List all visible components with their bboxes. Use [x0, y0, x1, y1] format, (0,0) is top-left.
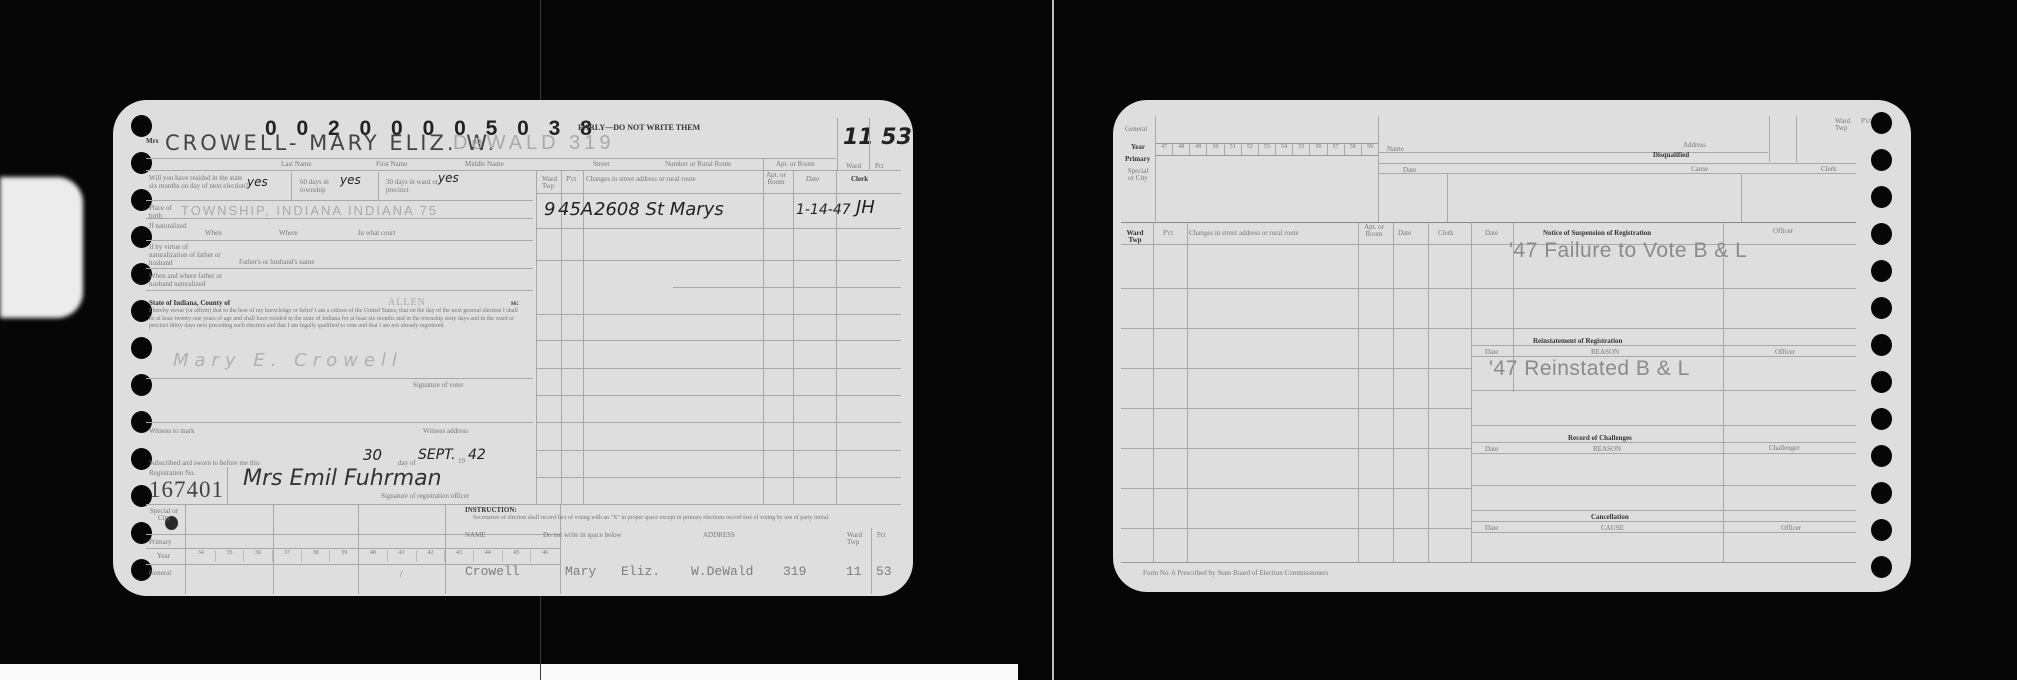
year-cell: 35 [216, 550, 245, 562]
year-cell: 51 [1225, 144, 1242, 155]
handwritten-name: CROWELL- MARY ELIZ. W. [165, 133, 497, 154]
punch-hole [1871, 223, 1892, 245]
general-mark: / [400, 570, 403, 579]
year-cell: 42 [417, 550, 446, 562]
punch-hole [1871, 260, 1892, 282]
punch-hole [1871, 556, 1892, 578]
typed-first-name: Mary [565, 565, 596, 578]
typed-last-name: Crowell [465, 565, 520, 578]
label-disqualified: Disqualified [1653, 152, 1689, 159]
typed-pct: 53 [876, 565, 892, 578]
year-cell: 56 [1310, 144, 1327, 155]
typed-address: W.DeWald [691, 565, 753, 578]
label-state-county: State of Indiana, County of [149, 300, 230, 307]
punch-hole [1871, 445, 1892, 467]
label-clerk: Clerk [1821, 166, 1837, 173]
answer-place-of-birth: TOWNSHIP, INDIANA INDIANA 75 [181, 204, 438, 217]
footer-name-label: NAME [465, 532, 486, 539]
punch-hole [1871, 408, 1892, 430]
changes-header-apt: Apt. or Room [765, 172, 787, 186]
answer-resided-ward: yes [438, 172, 459, 184]
punch-hole [131, 115, 152, 137]
reinstatement-stamp: '47 Reinstated B & L [1489, 358, 1690, 379]
changes-row: 9 45A 2608 St Marys 1-14-47 JH [536, 195, 901, 225]
challenges-title: Record of Challenges [1568, 435, 1632, 442]
changes-header-date: Date [1398, 230, 1411, 237]
label-ward-twp: Ward Twp [1835, 118, 1855, 132]
suspension-date-label: Date [1485, 230, 1498, 237]
ward-pct-handwritten: 11 53 [843, 127, 912, 149]
label-address: Address [1683, 142, 1706, 149]
punch-hole [1871, 297, 1892, 319]
reinstatement-officer-label: Officer [1775, 349, 1795, 356]
year-cell: 49 [1190, 144, 1207, 155]
form-footer: Form No. 6 Prescribed by State Board of … [1143, 570, 1328, 577]
label-middle-name: Middle Name [465, 161, 504, 168]
label-witness-mark: Witness to mark [149, 428, 195, 435]
label-fathers-name: Father's or husband's name [239, 259, 314, 266]
typed-number: 319 [783, 565, 806, 578]
challenges-reason-label: REASON [1593, 446, 1621, 453]
label-special-city: Special or City [149, 508, 179, 522]
label-naturalized: If naturalized [149, 222, 189, 230]
label-special-city: Special or City [1127, 168, 1149, 182]
title-prefix: Mrs [146, 138, 158, 145]
label-pct: P'ct [1861, 118, 1871, 125]
vote-years-grid: 47 48 49 50 51 52 53 54 55 56 57 58 59 [1156, 143, 1378, 156]
changes-header-pct: P'ct [1163, 230, 1173, 237]
registration-number: 167401 [149, 478, 224, 501]
answer-subscribed-month: SEPT. [418, 448, 456, 462]
year-cell: 40 [359, 550, 388, 562]
film-divider [1052, 0, 1054, 680]
suspension-officer-label: Officer [1773, 228, 1793, 235]
label-apt-room: Apt. or Room [776, 161, 815, 168]
year-cell: 39 [330, 550, 359, 562]
punch-hole [1871, 334, 1892, 356]
year-cell: 57 [1328, 144, 1345, 155]
label-signature-voter: Signature of voter [413, 382, 464, 389]
year-cell: 43 [445, 550, 474, 562]
changes-header-apt: Apt. or Room [1363, 224, 1385, 238]
year-cell: 37 [273, 550, 302, 562]
changes-header-ward: Ward Twp [542, 176, 562, 190]
label-general: General [1125, 126, 1147, 133]
footer-ward-twp-label: Ward Twp [847, 532, 869, 546]
answer-resided-township: yes [340, 174, 361, 186]
year-cell: 47 [1156, 144, 1173, 155]
punch-hole [1871, 149, 1892, 171]
row-address: 2608 St Marys [594, 201, 724, 219]
punch-hole [1871, 112, 1892, 134]
label-resided-state: Will you have resided in the state six m… [149, 174, 249, 190]
punch-hole [1871, 519, 1892, 541]
instruction-title: INSTRUCTION: [465, 507, 517, 514]
answer-resided-state: yes [247, 176, 268, 188]
year-cell: 59 [1362, 144, 1378, 155]
label-primary: Primary [149, 539, 172, 546]
cancellation-date-label: Date [1485, 525, 1498, 532]
punch-hole [131, 337, 152, 359]
label-signature-officer: Signature of registration officer [381, 493, 469, 500]
label-pct: Pct [875, 163, 884, 170]
changes-header-address: Changes in street address or rural route [1189, 230, 1299, 237]
typed-middle-name: Eliz. [621, 565, 660, 578]
year-cell: 48 [1173, 144, 1190, 155]
cancellation-title: Cancellation [1591, 514, 1629, 521]
year-cell: 53 [1259, 144, 1276, 155]
label-first-name: First Name [376, 161, 407, 168]
changes-header-ward: Ward Twp [1125, 230, 1145, 244]
label-when: When [205, 230, 222, 237]
label-number-rural-route: Number or Rural Route [665, 161, 731, 168]
changes-header-date: Date [806, 176, 819, 183]
punch-hole [1871, 186, 1892, 208]
label-where: Where [279, 230, 298, 237]
scan-edge-band [0, 664, 1018, 680]
label-cause: Cause [1691, 166, 1708, 173]
registration-card-front: 0 0 2 0 0 0 0 5 0 3 8 EARLY—DO NOT WRITE… [113, 100, 913, 596]
year-cell: 58 [1345, 144, 1362, 155]
footer-address-label: ADDRESS [703, 532, 735, 539]
row-pct: 45A [558, 201, 593, 219]
typed-ward: 11 [846, 565, 862, 578]
year-cell: 46 [531, 550, 559, 562]
header-notice: EARLY—DO NOT WRITE THEM [578, 124, 700, 132]
label-resided-ward: 30 days in ward or precinct [386, 178, 446, 194]
punch-hole [1871, 482, 1892, 504]
label-in-what-court: In what court [358, 230, 395, 237]
answer-subscribed-year: 42 [468, 448, 486, 462]
reinstatement-title: Reinstatement of Registration [1533, 338, 1622, 345]
punch-hole [1871, 371, 1892, 393]
vote-years-grid: 34 35 36 37 38 39 40 41 42 43 44 45 46 [187, 550, 559, 562]
suspension-stamp: '47 Failure to Vote B & L [1509, 240, 1747, 261]
label-ward: Ward [846, 163, 861, 170]
row-ward: 9 [544, 201, 555, 219]
label-street: Street [593, 161, 609, 168]
year-cell: 38 [302, 550, 331, 562]
label-year: Year [157, 553, 170, 560]
officer-signature: Mrs Emil Fuhrman [243, 468, 442, 490]
label-general: General [149, 570, 171, 577]
cancellation-officer-label: Officer [1781, 525, 1801, 532]
year-cell: 36 [244, 550, 273, 562]
registration-card-back: General Year Primary Special or City 47 … [1113, 100, 1911, 592]
year-cell: 45 [503, 550, 532, 562]
row-clerk: JH [856, 199, 875, 217]
year-cell: 50 [1207, 144, 1224, 155]
handwritten-street: DeWALD 319 [453, 133, 615, 153]
label-primary: Primary [1125, 156, 1150, 163]
instruction-text: Secretaries of election shall record fac… [473, 515, 873, 522]
answer-county: ALLEN [388, 298, 426, 308]
voter-signature: Mary E. Crowell [173, 352, 403, 370]
year-cell: 44 [474, 550, 503, 562]
cancellation-cause-label: CAUSE [1601, 525, 1624, 532]
label-when-where-father: When and where father or husband natural… [149, 272, 239, 288]
row-date: 1-14-47 [796, 203, 851, 217]
year-cell: 54 [1276, 144, 1293, 155]
label-last-name: Last Name [281, 161, 312, 168]
changes-header-clerk: Clerk [1438, 230, 1454, 237]
suspension-title: Notice of Suspension of Registration [1543, 230, 1651, 237]
footer-pct-label: Pct [877, 532, 886, 539]
label-by-virtue: If by virtue of naturalization of father… [149, 243, 224, 267]
oath-text: I hereby swear (or affirm) that to the b… [149, 308, 519, 331]
changes-header-clerk: Clerk [851, 176, 868, 183]
answer-subscribed-day: 30 [363, 448, 382, 463]
year-cell: 34 [187, 550, 216, 562]
label-ss: ss: [511, 300, 519, 307]
scan-glare [0, 177, 83, 318]
year-cell: 52 [1242, 144, 1259, 155]
label-registration-no: Registration No. [149, 470, 195, 477]
challenges-date-label: Date [1485, 446, 1498, 453]
label-year: Year [1131, 144, 1145, 151]
changes-header-pct: P'ct [566, 176, 576, 183]
reinstatement-date-label: Date [1485, 349, 1498, 356]
year-cell: 41 [388, 550, 417, 562]
label-year-prefix: 19 [458, 458, 465, 465]
reinstatement-reason-label: REASON [1591, 349, 1619, 356]
year-cell: 55 [1293, 144, 1310, 155]
challenges-challenger-label: Challenger [1769, 445, 1800, 452]
label-witness-address: Witness address [423, 428, 468, 435]
changes-header-address: Changes in street address or rural route [586, 176, 696, 183]
footer-do-not-write: Do not write in space below [543, 532, 622, 539]
